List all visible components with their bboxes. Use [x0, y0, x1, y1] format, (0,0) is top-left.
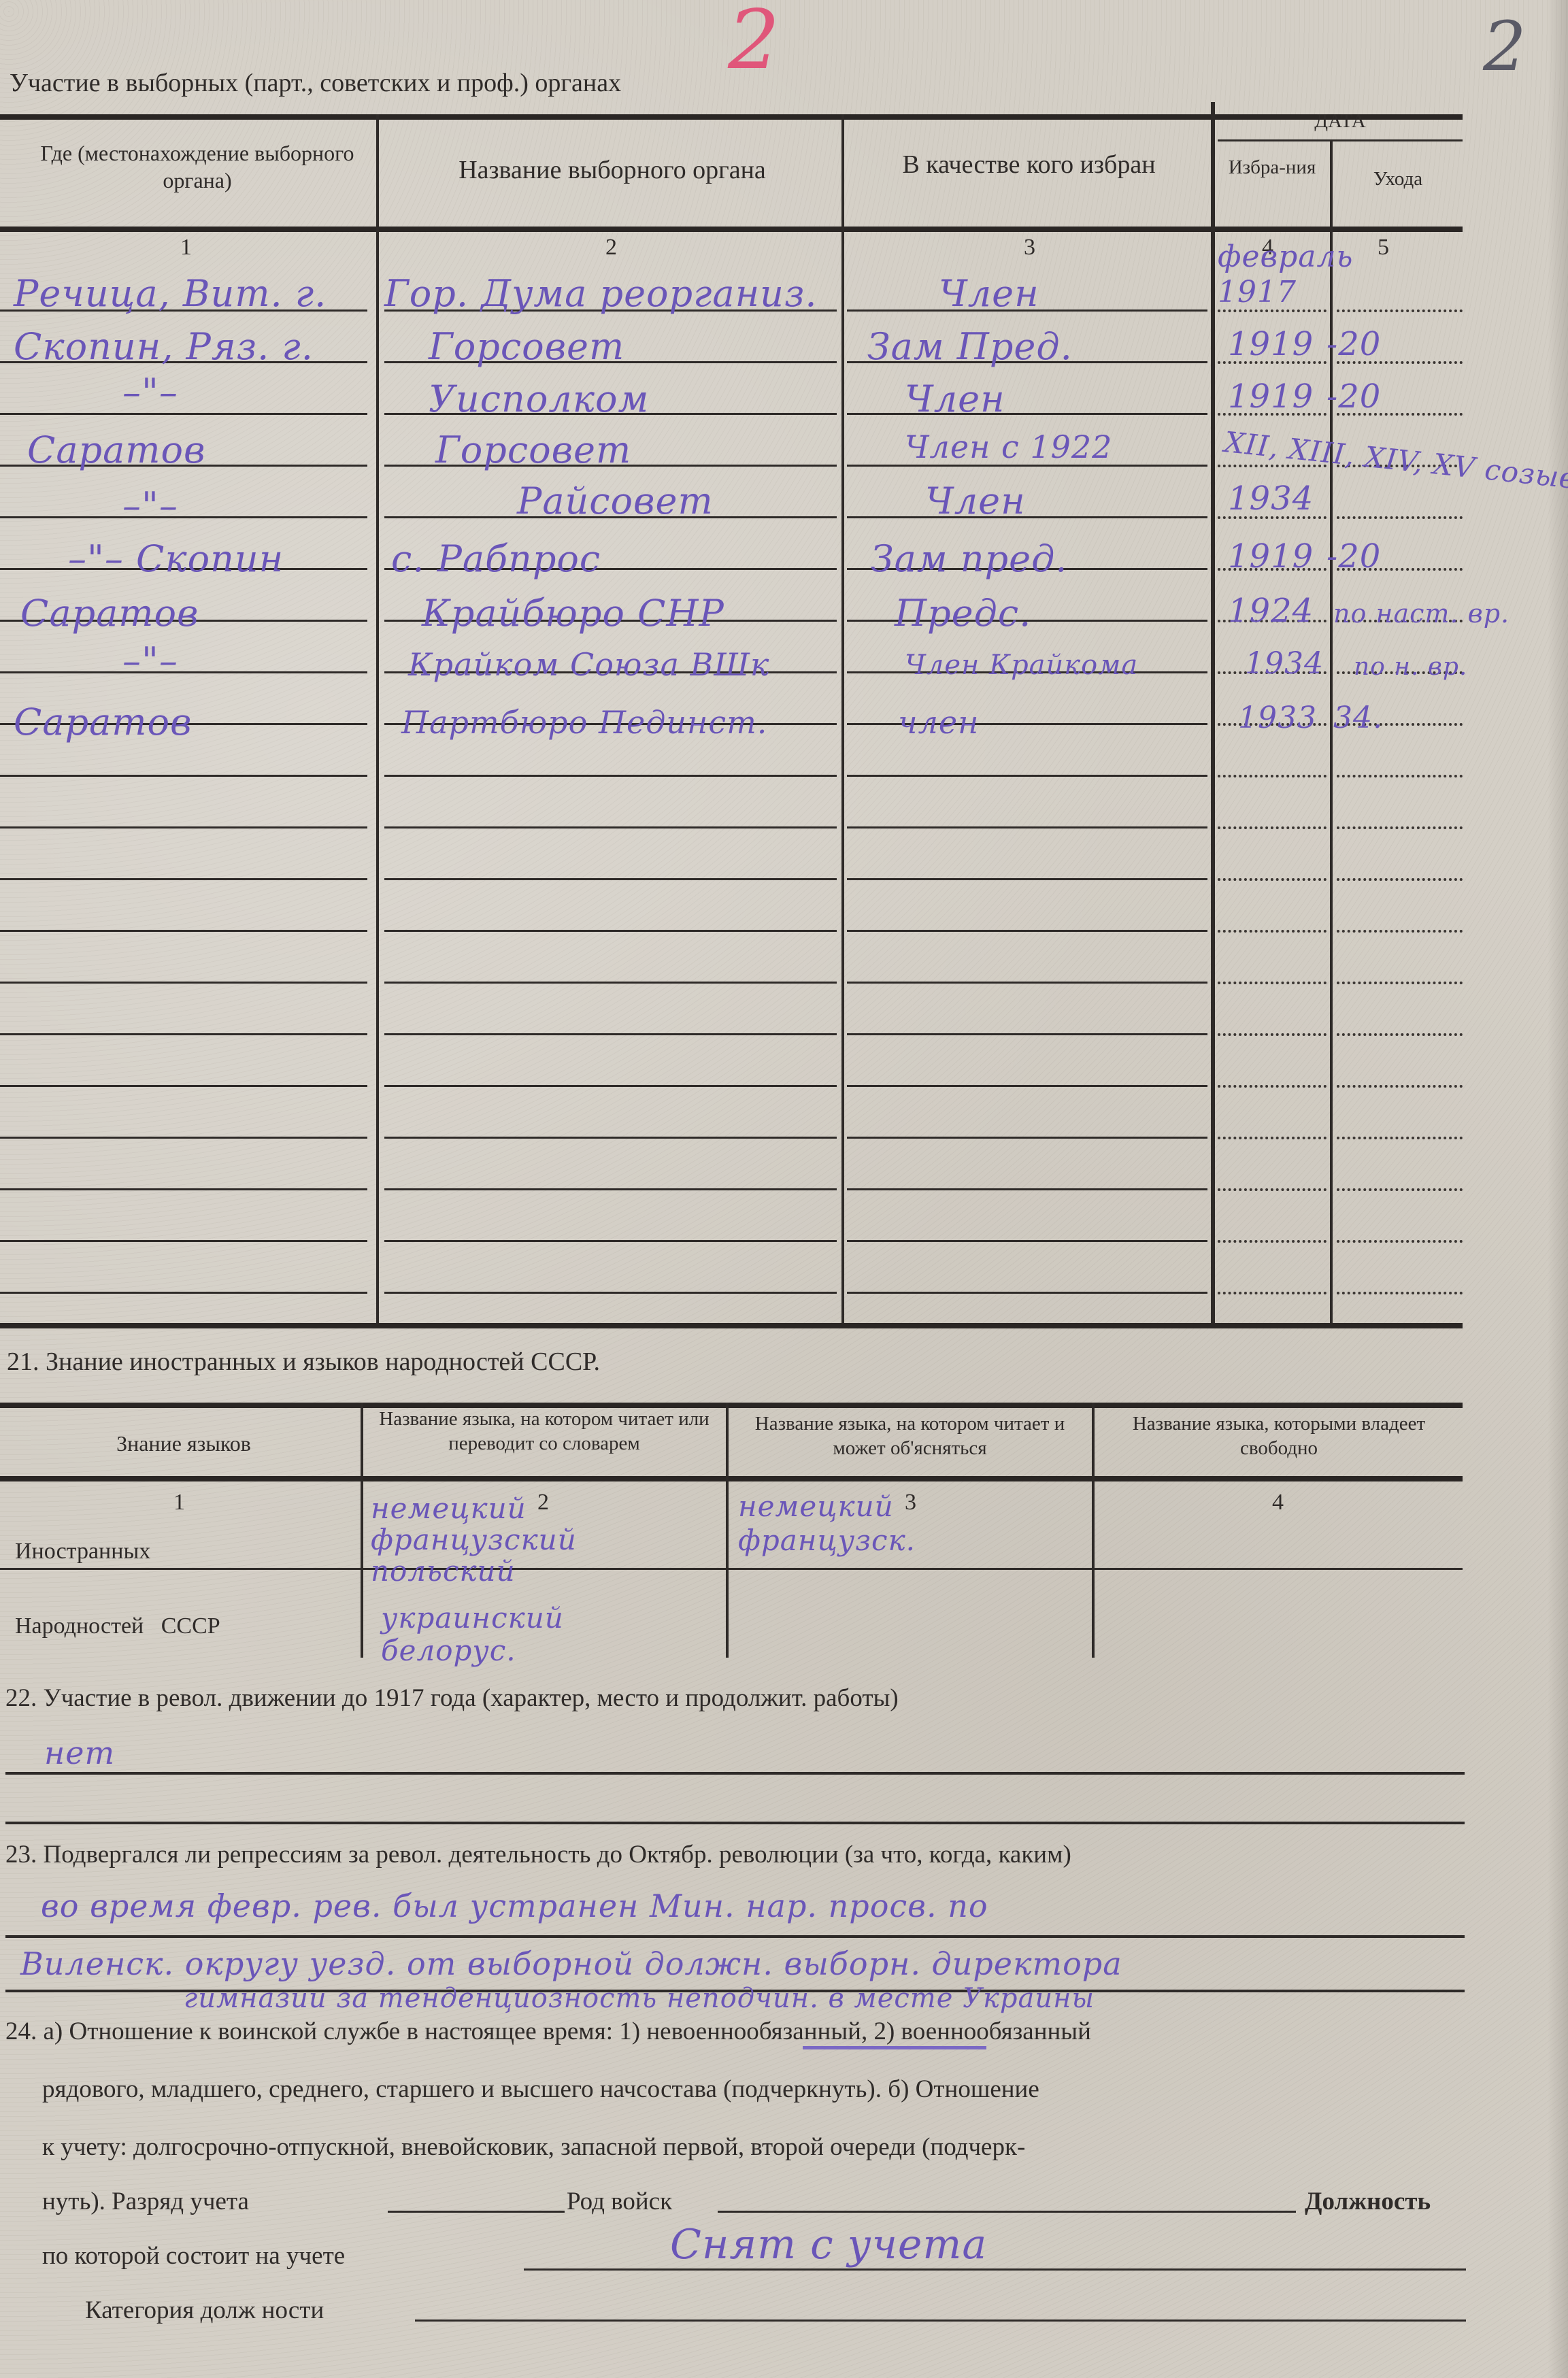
cell-where: Саратов: [20, 592, 199, 635]
col-num-2: 2: [605, 235, 617, 261]
registered-field[interactable]: [524, 2268, 1466, 2271]
lang-row-label-foreign: Иностранных: [15, 1539, 150, 1564]
section23-answer-line-3: гимназии за тенденциозность неподчин. в …: [184, 1983, 1095, 2014]
table-row-line: [1337, 1085, 1463, 1088]
table-row-line: [0, 671, 367, 673]
table-row-line: [1218, 1033, 1327, 1036]
table-row-line: [0, 1085, 367, 1087]
underline-noncombatant: [803, 2046, 986, 2049]
table-row-line: [1218, 1085, 1327, 1088]
cell-where: –"–: [122, 484, 178, 527]
cell-organ: Крайком Союза ВШк: [408, 646, 769, 683]
col-divider-2: [841, 114, 844, 1325]
table-row-line: [0, 1292, 367, 1294]
table-row-line: [384, 775, 837, 777]
section23-answer-line-2: Виленск. округу уезд. от выборной должн.…: [20, 1945, 1122, 1982]
table-row-line: [1218, 982, 1327, 984]
corner-page-number: 2: [1483, 7, 1527, 86]
table-row-line: [1337, 826, 1463, 829]
table-row-line: [1218, 1188, 1327, 1191]
table-row-line: [384, 826, 837, 828]
table-row-line: [847, 1240, 1207, 1242]
cell-elected: 1919: [1228, 378, 1314, 416]
section22-line-1: [5, 1772, 1465, 1775]
cell-elected: 1934: [1228, 480, 1314, 518]
table-row-line: [384, 930, 837, 932]
col-divider-1: [376, 114, 379, 1325]
table-row-line: [847, 516, 1207, 518]
lang-table-top: [0, 1403, 1463, 1408]
cell-role: член: [898, 704, 979, 741]
section24-category-label: Категория долж ности: [85, 2296, 324, 2325]
lang-header-knowledge: Знание языков: [14, 1430, 354, 1457]
lang-row-divider: [0, 1568, 1463, 1570]
header-date: ДАТА: [1218, 109, 1463, 133]
header-as-whom: В качестве кого избран: [847, 150, 1211, 180]
table-row-line: [847, 930, 1207, 932]
table-row-line: [847, 982, 1207, 984]
table-row-line: [1337, 878, 1463, 881]
table-row-line: [0, 1137, 367, 1139]
table-row-line: [0, 930, 367, 932]
table-row-line: [1337, 1292, 1463, 1294]
table-row-line: [384, 1033, 837, 1035]
cell-organ: Крайбюро СНР: [422, 592, 724, 635]
lang-col-num-1: 1: [173, 1490, 185, 1515]
cell-left: -20: [1327, 537, 1381, 575]
cell-role: Член: [939, 272, 1039, 315]
table-row-line: [847, 1137, 1207, 1139]
table-row-line: [847, 1188, 1207, 1190]
table-row-line: [1218, 1292, 1327, 1294]
table-row-line: [847, 413, 1207, 415]
cell-organ: Горсовет: [435, 429, 631, 471]
table-row-line: [384, 1188, 837, 1190]
table-row-line: [0, 878, 367, 880]
cell-role: Член: [905, 378, 1005, 420]
header-left: Ухода: [1333, 167, 1463, 191]
col-divider-4: [1330, 139, 1333, 1326]
table-row-line: [0, 1188, 367, 1190]
table-header-bottom-border: [0, 227, 1463, 232]
cell-organ: Гор. Дума реорганиз.: [384, 272, 818, 315]
table-bottom-border: [0, 1323, 1463, 1328]
table-row-line: [384, 1292, 837, 1294]
cell-elected: февраль 1917: [1218, 239, 1327, 310]
section24-rank-label: нуть). Разряд учета: [42, 2187, 249, 2216]
table-row-line: [1337, 775, 1463, 777]
troops-field[interactable]: [718, 2211, 1296, 2213]
cell-where: Саратов: [27, 429, 205, 471]
cell-role: Член: [925, 480, 1026, 522]
cell-where: Саратов: [14, 701, 192, 743]
lang-row-label-ussr: Народностей СССР: [15, 1613, 220, 1639]
lang-col-divider-3: [1092, 1403, 1095, 1658]
col-num-5: 5: [1378, 235, 1389, 261]
table-row-line: [847, 775, 1207, 777]
col-num-1: 1: [180, 235, 192, 261]
lang-header-explain: Название языка, на котором читает и може…: [731, 1411, 1088, 1460]
table-row-line: [1337, 930, 1463, 933]
cell-role: Зам Пред.: [867, 325, 1073, 368]
cell-role: Предс.: [895, 592, 1031, 635]
cell-organ: с. Рабпрос: [391, 537, 601, 580]
date-header-divider: [1218, 139, 1463, 141]
table-row-line: [0, 775, 367, 777]
page-edge-shadow: [1548, 0, 1568, 2378]
cell-left: 34.: [1333, 701, 1383, 735]
table-row-line: [847, 1085, 1207, 1087]
lang-foreign-explain: немецкий французск.: [738, 1490, 956, 1558]
table-row-line: [847, 826, 1207, 828]
cell-organ: Горсовет: [429, 325, 624, 368]
lang-ussr-dictionary: украинский белорус.: [381, 1602, 585, 1667]
table-row-line: [1337, 309, 1463, 312]
cell-role: Член с 1922: [905, 429, 1112, 465]
section24-registered-answer: Снят с учета: [670, 2221, 987, 2268]
cell-organ: Уисполком: [429, 378, 649, 420]
cell-left: по н. вр.: [1354, 653, 1467, 681]
table-row-line: [384, 1137, 837, 1139]
section20-title: Участие в выборных (парт., советских и п…: [10, 68, 621, 98]
table-row-line: [0, 1240, 367, 1242]
cell-organ: Партбюро Пединст.: [401, 704, 767, 741]
cell-elected: 1919: [1228, 537, 1314, 575]
table-row-line: [1218, 930, 1327, 933]
section22-answer: нет: [44, 1735, 115, 1771]
header-elected: Избра-ния: [1218, 155, 1327, 180]
table-row-line: [847, 878, 1207, 880]
lang-table-header-bottom: [0, 1476, 1463, 1481]
header-organ-name: Название выборного органа: [388, 155, 837, 185]
cell-where: –"–: [122, 371, 178, 414]
table-row-line: [0, 982, 367, 984]
lang-header-fluent: Название языка, которыми владеет свободн…: [1099, 1411, 1459, 1460]
table-row-line: [847, 1292, 1207, 1294]
table-row-line: [0, 516, 367, 518]
cell-organ: Райсовет: [517, 480, 714, 522]
lang-header-dictionary: Название языка, на котором читает или пе…: [367, 1407, 721, 1456]
table-row-line: [1337, 516, 1463, 519]
cell-where: Речица, Вит. г.: [14, 272, 327, 315]
lang-col-num-4: 4: [1272, 1490, 1284, 1515]
cell-role: Член Крайкома: [905, 650, 1138, 681]
table-row-line: [384, 982, 837, 984]
table-row-line: [1218, 1137, 1327, 1139]
section22-line-2: [5, 1822, 1465, 1824]
table-row-line: [1337, 1033, 1463, 1036]
cell-left: -20: [1327, 325, 1381, 363]
lang-col-divider-2: [726, 1403, 729, 1658]
cell-where: –"–: [122, 639, 178, 682]
cell-role: Зам пред.: [871, 537, 1067, 580]
section22-title: 22. Участие в револ. движении до 1917 го…: [5, 1684, 899, 1713]
table-row-line: [0, 413, 367, 415]
cell-elected: 1934: [1245, 646, 1324, 681]
cell-elected: 1924: [1228, 592, 1314, 630]
section23-title: 23. Подвергался ли репрессиям за револ. …: [5, 1840, 1071, 1869]
section24-line-2: рядового, младшего, среднего, старшего и…: [42, 2075, 1039, 2104]
section21-title: 21. Знание иностранных и языков народнос…: [7, 1347, 600, 1377]
cell-left: -20: [1327, 378, 1381, 416]
section23-answer-line-1: во время февр. рев. был устранен Мин. на…: [41, 1888, 988, 1924]
cell-where: Скопин, Ряз. г.: [14, 325, 314, 368]
table-row-line: [1218, 1240, 1327, 1243]
col-divider-3: [1211, 102, 1215, 1326]
cell-elected: 1933: [1238, 701, 1317, 735]
table-row-line: [384, 1085, 837, 1087]
table-row-line: [384, 1240, 837, 1242]
section24-line-3: к учету: долгосрочно-отпускной, вневойск…: [42, 2132, 1025, 2162]
section24-registered-label: по которой состоит на учете: [42, 2241, 345, 2271]
col-num-3: 3: [1024, 235, 1035, 261]
table-row-line: [1337, 982, 1463, 984]
table-row-line: [0, 1033, 367, 1035]
section24-line-1: 24. а) Отношение к воинской службе в нас…: [5, 2017, 1091, 2046]
table-row-line: [384, 878, 837, 880]
section23-line-1: [5, 1935, 1465, 1938]
table-row-line: [1218, 826, 1327, 829]
header-where: Где (местонахождение выборного органа): [27, 139, 367, 194]
table-row-line: [1218, 775, 1327, 777]
lang-col-divider-1: [361, 1403, 363, 1658]
table-row-line: [847, 1033, 1207, 1035]
lang-foreign-dictionary: немецкий французский польский: [371, 1493, 575, 1587]
rank-field[interactable]: [388, 2211, 565, 2213]
table-row-line: [1337, 1137, 1463, 1139]
section24-troops-label: Род войск: [567, 2187, 672, 2216]
table-row-line: [1337, 1240, 1463, 1243]
table-row-line: [1337, 1188, 1463, 1191]
table-row-line: [1218, 878, 1327, 881]
category-field[interactable]: [415, 2320, 1466, 2322]
section24-position-label: Должность: [1305, 2187, 1431, 2216]
cell-left: по наст. вр.: [1333, 599, 1509, 629]
cell-elected: 1919: [1228, 325, 1314, 363]
red-page-mark: 2: [728, 0, 780, 88]
cell-where: –"– Скопин: [68, 537, 284, 580]
table-row-line: [0, 826, 367, 828]
